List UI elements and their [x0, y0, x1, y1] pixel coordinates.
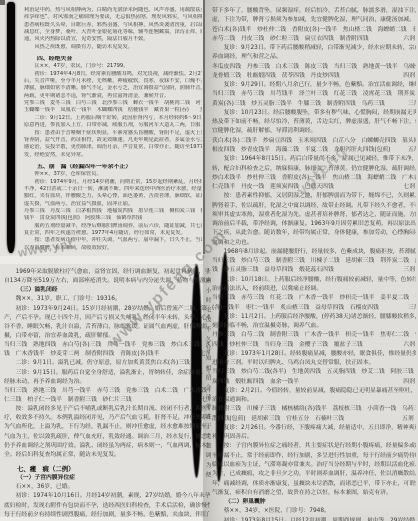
- text-line: 二诊：10月18日。上药服后经净腰酸，经行腹痛较前减轻，量中等，色转红，块亦见少…: [212, 276, 416, 285]
- text-line: 按：溢乳闭经多见于产后不哺乳或断乳后乳汁长期自流、经闭不行者，西医常用激素治: [4, 405, 210, 414]
- text-line: 调治前后半载，带净经调，体渐康复。1963年9月因劳累旧恙复萌，再以原法出入获安…: [212, 220, 416, 229]
- text-line: 治宜温通调和。: [212, 396, 416, 405]
- section-heading: 四、经绝失音: [24, 56, 202, 63]
- text-line: 减息红，全身梦，桑叶、大青叶金银花菊花等味，辅芩连翘藏翁，泽泻止痒，眼药日安息理: [24, 29, 202, 36]
- text-line: 四钱 炒杜仲三钱 当归身三钱 金樱子三钱 覆盆子三钱 六剂: [212, 341, 416, 350]
- text-line: 转，配合妇科检查之后，纳寐俱康，脉细弦，苔薄黄。仍宜健脾化湿，疏肝调经。: [212, 165, 416, 174]
- page-right-text: 带下多年了，腰酸背坠，尿频湿痒，经后怕冷，舌苔白腻，脉濡多滑，湿浊下注，因上述为…: [212, 0, 416, 521]
- text-line: 肾养阴，益气开音，药证相符，故见效颇速。凡更年期见此症者，多属金水亏乏，不可概以…: [24, 137, 202, 144]
- text-line: 治再前法出入，经前续进，以冀痛止经调。: [212, 285, 416, 294]
- text-line: 不净，42日甚或二十余日一转，淋漓不断。四年来迭经中西医治疗未愈，经量时多时少，…: [24, 186, 202, 193]
- text-line: 1969年采取脱敏柱疗气愈血，益肾宜固，经行调血渐复，初起盘料紫胞，平均全功，体…: [4, 268, 210, 277]
- text-line: 患者病程既久头晕，目眶巨赤，邪热羽盛，与风相搏，风热炎袭清窍重，启以疏风清热加: [24, 22, 202, 29]
- text-line: 按：子宫内膜异位症之痛经者，其主要症状是行经期小腹疼痛，经量偏多或经期延长乃: [212, 442, 416, 451]
- text-line: 初诊：1973年9月24日。15岁月经初潮，28岁结婚，婚后曾流产二胎，第三胎未…: [4, 305, 210, 314]
- text-line: 钱 广木香钱半 炒麦芽二两 制香附四钱 青陈皮(各)钱半 七剂: [4, 350, 210, 359]
- sub-heading: （二）卵巢囊肿: [212, 498, 416, 507]
- text-line: 二诊：9月1日。溢乳已减，仍守原意，原方加炙黄芪焦白术(各)三钱 七剂: [4, 359, 210, 368]
- section-heading: 七、癥 瘕（二例）: [4, 465, 210, 474]
- text-line: 原意再进，参芪加入上方，白带亦减，续服五剂，另服河车大造丸二两，日服二次，每次一…: [24, 122, 202, 129]
- text-line: 1968年8月诊起。崩漏健腰舒行，经量较多，色紫成块，腹痛拒按，苔薄腻，脉弦细，…: [212, 248, 416, 257]
- text-line: 须审其虚实寒热，湿重者化湿为先，虚甚者培补脾肾，郁者达之，随证而施，方能奏效。本…: [212, 211, 416, 220]
- text-line: 当归三钱 赤芍三钱 川芎钱半 泽兰叶三钱 红花三钱 凌霄花三钱 荆芥炭二钱 蒲: [212, 90, 416, 99]
- text-line: 感论治，妄投辛散，更伤肺津。调治月余，声音复常，白带亦止，随访至1977年4月未…: [24, 144, 202, 151]
- text-line: 赤芍二钱 丹皮三钱 砂仁粒三钱 扁豆衣四钱 制香附四钱 六剂: [212, 35, 416, 44]
- text-line: 制香附三钱 川楝子三钱 橘核橘络(各)钱半 荔枝核三钱 小茴香一钱 乌药三钱 失…: [212, 405, 416, 414]
- book-spine-bar: [7, 2, 15, 253]
- sub-heading: （三）溢乳闭经: [4, 286, 210, 295]
- text-line: 虚失摄，气血两亏。治宜益气摄血，固冲止崩。: [24, 201, 202, 208]
- text-line: 两载，更年期诸恙不适，肾气渐衰，再宜滋肾清金，兼候开音。: [24, 93, 202, 100]
- text-line: 玉蝴蝶一钱半 凤凰衣一钱半 木蝴蝶四钱 桔梗钱半 藏青果一粒(吞) 五剂: [24, 107, 202, 114]
- text-line: 摄，白带亦留，治宜养血敛乳，疏肝解郁。: [4, 332, 210, 341]
- text-line: 气血为主，佐以敛乳疏肝，俾气血充旺，乳敛经通。调治三月，经水复行，诸恙均安。行经…: [4, 433, 210, 442]
- text-line: 仁壳钱半 丹皮一钱 莲须炭四钱 巴戟天四钱 七剂: [212, 183, 416, 192]
- text-line: 服药五剂经量减半，经净后继服归脾汤调养，前后六诊，随证加减，共七次投药，经期渐: [24, 223, 202, 230]
- text-line: 按：患者素性抑郁，又居阴湿之地，肝郁脾弱而为带下，缠绵不已，久则累及冲任。治从: [212, 192, 416, 201]
- text-line: 通，风火内热除以清宣，见奇安然，隔法日服月不致。: [24, 36, 202, 43]
- text-line: 茯白术(各)二钱半 炒扁豆四钱 玉米须四钱 白芷八分 白螺蛳壳四钱 墓头回四钱 …: [212, 137, 416, 146]
- text-line: 年，痛减经调，体质亦渐康复，虽癥块未尽消散，而诸恙已平，带下亦止，可谓效果显著。…: [212, 480, 416, 489]
- scanned-book-spread: { "watermark": { "short": "www.ypf", "lo…: [0, 0, 418, 521]
- text-line: 临床以血瘀为主证，气滞寒凝亦常兼夹。治疗当分经期与平时，经期以活血化瘀、理气止痛: [212, 461, 416, 470]
- text-line: 带下多年了，腰酸背坠，尿频湿痒，经后怕冷，舌苔白腻，脉濡多滑，湿浊下注，因上述为: [212, 7, 416, 16]
- text-line: 谷不香，睡眠欠畅，乳汁自溢，舌苔薄白，脉细软缓。证属气血两虚，肝郁脾弱，冲任空虚…: [4, 323, 210, 332]
- text-line: 丹参三钱 白芍二钱 制香附三钱 广木香一钱半 枳壳一钱半 焦枣仁二钱 怀牛膝: [212, 331, 416, 340]
- text-line: 钱半 贯众炭四钱(包煎) 阿胶珠三钱 仙鹤草四钱: [24, 215, 202, 222]
- text-line: 按：患者发病正值中年，冲任失调，气血两亏，崩中漏下，日久不止，当以固摄为先，佐: [24, 237, 202, 244]
- text-line: 石××，36岁，已婚。: [4, 483, 210, 492]
- text-line: 养血调经，理气和营之品。: [212, 53, 416, 62]
- text-line: 当归三钱 炒白芍三钱 制香附三钱 川楝子二钱 延胡索三钱 荆芥炭二钱 蒲黄炭三: [212, 257, 416, 266]
- text-line: 初诊：1973年8月15日。月经12岁初潮，周期尚规则，量中等，29岁结婚，生育…: [212, 517, 416, 521]
- text-line: 复诊：9月23日。带下药后腰酸稍减轻，白带渐见减少，经水应期未转，宗前利湿，进而: [212, 44, 416, 53]
- text-line: 魏××，31岁，职工，门诊号：19316。: [4, 295, 210, 304]
- text-line: 后，失音声哑，至今半月未痊，无咳嗽，神疲疲软，畏寒，夜寐不安，口燥不多饮，舌质，…: [24, 78, 202, 85]
- page-left-bottom-text: 1969年采取脱敏柱疗气愈血，益肾宜固，经行调血渐复，初起盘料紫胞，平均全功，体…: [4, 268, 210, 518]
- text-line: 二诊：9月12日。上药服后咽干好转，此因肝肾内亏，本月经转约6～9日，仍觉音怯，…: [24, 115, 202, 122]
- text-line: (各)一钱半 枣仁一钱半 炙山楂三钱 益母草四钱 石榴皮四钱 三剂: [212, 304, 416, 313]
- text-line: 产，产后不孕。现已十四个月，因产后亏损又失哺乳，经闭半年未转，头晕，心悸，嗳气，…: [4, 314, 210, 323]
- text-line: 蔡××，34岁，×医院，门诊号：7948。: [212, 507, 416, 516]
- text-line: 炭四钱 煅牡蛎四钱 血余一钱半 四剂: [212, 378, 416, 387]
- text-line: 复诊：2月2日。今值经转，量较前显减，腹痛隐隐已无明显暴痛甚至呕吐，冲任气虚，: [212, 387, 416, 396]
- text-line: 黯红，夹有血块，伴腰酸乏力，头晕心悸，面色萎黄，舌淡苔薄，脉细软。证属冲任不固，…: [24, 193, 202, 200]
- text-line: 初诊：1974年10月16日。月经14岁初潮，素规，27岁结婚，婚今八年未孕，于…: [4, 492, 210, 501]
- text-line: 钟××，37岁，仓库保管员。: [24, 171, 202, 178]
- text-line: 三诊：9月15日。服药后自觉全身舒适，溢乳渐止，胃纳转佳，余症渐退。守上方出入，: [4, 369, 210, 378]
- text-line: 仁三钱 柏子仁一钱半 制香附三钱 砂仁片三钱 七剂: [4, 396, 210, 405]
- text-line: 补，巩固善后。: [212, 433, 416, 442]
- text-line: 丹参三钱 丹皮三钱 白茅根四钱 地榆炭四钱 墨旱莲三钱 侧柏炭三钱 棕榈炭一: [24, 208, 202, 215]
- text-line: 复诊：1973年1月28日。经转腹痛显减，腰酸亦轻，眠食俱佳，惟经量仍多，侍经期…: [212, 350, 416, 359]
- text-line: 复诊：2月26日。今番行经，下腹疼痛大减，经量适中，五日即净，精神爽适，续当调: [212, 424, 416, 433]
- text-line: 血调和之功也。: [212, 239, 416, 248]
- text-line: 初诊：1974年9月。月经14岁初潮，向则正常，15岁起经期紊乱，月经持续减半月…: [24, 179, 202, 186]
- text-line: 底妇检时，发现右附件有包块而不孕，迭经西医妇科检查，手术后活检，确诊慢性，为期痛…: [4, 502, 210, 511]
- text-line: 每于行经前夕有持续性剧烈腹痛，经行加剧，量多不畅，色紫黯，夹血块，伴肛门坠胀，恶…: [4, 511, 210, 518]
- text-line: 龙骨煅三钱 牡蛎煅四钱 茯苓四钱 丹皮炒四钱 四剂: [212, 72, 416, 81]
- text-line: 至崩漏不止，常于经前即作，经行加剧，多呈进行性加重，每于行经前夕痛势持续甚则拒按…: [212, 452, 416, 461]
- text-line: 薄腻，脉细如常不清晰。肺气不足，金水亏乏，治宜调摄益气固阴，润肺开音。: [24, 85, 202, 92]
- text-line: 黄炭(各)三钱 炒五灵脂三钱半 牛膝三钱 制香附四钱 乌药三钱 三剂: [212, 100, 416, 109]
- text-line: 风热之疾既愈，调摄有方，随访未见复发。: [24, 44, 202, 51]
- text-line: 复诊：9月29日。经期八月余已行，量少不畅，色紫黯。治宜活血调经，继续化瘀。: [212, 81, 416, 90]
- text-line: 以养血健脾，标本兼顾，故收效较好。: [24, 245, 202, 252]
- text-line: 党参三钱 麦冬三钱 白芍三钱 北沙参三钱 蝉衣一钱半 胡桃肉二钱 诃子肉二钱: [24, 100, 202, 107]
- text-line: 匡××，47岁，农民，门诊号：21799。: [24, 63, 202, 70]
- text-line: 痒享痒也”。对风邪而之痛调理为要诀，无忌俱热固寒，理发风邪实，与风相搏两为热也。: [24, 14, 202, 21]
- page-edge-line: [203, 0, 205, 254]
- text-line: 当归三钱 熟地四钱 赤白芍(各)三钱 川芎一钱半 党参三钱 炒白术三钱 炙甘草二: [4, 341, 210, 350]
- text-line: 为主，已成癥瘕，攻之非旦夕之功，平时则养血调肝，温养冲任，佐以消癥散结。本例调治…: [212, 470, 416, 479]
- text-line: 当归三钱 炒白芍二钱(各半) 生地黄四钱 五灵脂四钱 炒艾二钱 阿胶三钱 茜草: [212, 368, 416, 377]
- text-line: 复诊：10月23日。经后腰酸腹坠，带多有秽气味，心慌胸闷，经期崩漏无头痛阵时，内: [212, 109, 416, 118]
- text-line: 自134万降至519万左右，面部痤疮消失。说明本病与内分泌失调、药物与性激素作用…: [4, 277, 210, 286]
- text-line: 复诊：11月2日。上药服后经净腰酸，(停药38天)诸恙渐轻，腰膝酸软稍多，久坐不…: [212, 313, 416, 322]
- text-line: 为气血所化，上溢为乳，下行为经，乳漏不止，则冲任愈虚，经水愈难按期而至。故治以大…: [4, 423, 210, 432]
- text-line: 虚，下注为带，脾肾亏损须为参加减，先宜健脾化湿，理气同治，康健汤加减。: [212, 16, 416, 25]
- text-line: 仍予养血调经之剂巩固疗效。溢乳、闭经虽为两症，病本则一，气血两调，标本同治，故能…: [4, 442, 210, 451]
- text-line: 按：患者由于音哑咽干症状明显，平素常感头昏腰酸，肾阴不足，虚火上炎为患，治以滋: [24, 130, 202, 137]
- text-line: 全。经后妇科复查均属正常，随访未见复发。: [4, 451, 210, 460]
- text-line: 刻诊经临不畅，治宜温摄奇脉，调养气血。: [212, 322, 416, 331]
- text-line: 冬瓜皮四钱 丹参三钱 白术三钱 陈皮三钱 当归三钱 熟地黄一钱半 乌贼骨四钱: [212, 63, 416, 72]
- text-line: 热及带下如前不畅，经尽怕冷，苔薄黄，舌边尖红，脾虚湿盛，肝气不畅下注，郁而化火，…: [212, 118, 416, 127]
- text-line: 利治是中药，热与风相搏两为，白睛尚无润泽未阿随也。风声亦盛，用疏散祛火，若系身: [24, 7, 202, 14]
- scan-corner-mark: [0, 0, 5, 5]
- sub-heading: （一）子宫内膜异位症: [4, 474, 210, 483]
- page-left-top-text: 利治是中药，热与风相搏两为，白睛尚无润泽未阿随也。风声亦盛，用疏散祛火，若系身痒…: [24, 0, 202, 263]
- text-line: 进前方三剂。平时以归脾丸、乌鸡白凤丸交替常服，扶正固本。: [212, 359, 416, 368]
- text-line: 初诊：1974年4月8日。经常素有腰酸耳鸣，对光畏视，减经渐怯。2月27日白带之: [24, 71, 202, 78]
- text-line: 散四钱(包煎) 延胡索三钱 官桂五分 石楠叶三钱 五剂: [212, 415, 416, 424]
- text-line: 宜健脾化湿，疏肝解郁，导滞清利调经。: [212, 127, 416, 136]
- text-line: 脾肾着手，佐以疏肝，化湿之中寓以调经，故带止经调。凡带下经久不愈者，不可徒事固涩…: [212, 202, 416, 211]
- text-line: 气渐复，瘀积自有消磨之望，故贵在持之以恒，标本兼图，始克有济。: [212, 489, 416, 498]
- text-line: 发，经绝安然，未见异常。: [24, 152, 202, 159]
- text-line: 当归三钱 赤芍三钱 红花二钱 广木香一钱半 炒枳壳一钱半 姜半夏二钱 青陈皮: [212, 294, 416, 303]
- text-line: 苍白术(各)钱半 炒杜仲二钱 香附皮(各)一钱半 焦山楂二钱 海螵蛸二钱 石莲须…: [212, 26, 416, 35]
- text-line: 下之疾，从此告愈。随访数年，经带均属正常，身体健康，参加劳动，心悸胸闷亦除，此乃…: [212, 229, 416, 238]
- text-line: 当归三钱 熟地三钱 川芎一钱半 赤芍三钱 党参三钱 白术二钱 广木香钱半 枣: [4, 387, 210, 396]
- text-line: 疗，收效多不持久。本例乳溢经闭并见，乃产后气血亏耗，肝肾不足，冲任失养所致。盖乳…: [4, 414, 210, 423]
- text-line: 复诊：1964年8月15日。药后白带量尚不多，症属已见减轻，惟带下未净，经本月尚…: [212, 155, 416, 164]
- text-line: 钱 炒五灵脂三钱 益母草四钱 煅花蕊石四钱 三剂: [212, 266, 416, 275]
- text-line: 根皮四钱 炒青皮钱半 海藻二钱 半夏二钱 龙胆泻肝丸四钱(包煎) 五剂: [212, 146, 416, 155]
- section-heading: 五、崩 漏（经漏四年一年余不止）: [24, 164, 202, 171]
- text-line: 复正常，四年之疾遂告痊愈。1977年4月随访，经行如常，未见复发。: [24, 230, 202, 237]
- text-line: 炒白术钱半 炒杜仲三钱 香附皮(各)一钱半 焦山楂二钱 海螵蛸二钱 广木香钱半 …: [212, 174, 416, 183]
- text-line: 经脉未动，再予养血调经为治。: [4, 378, 210, 387]
